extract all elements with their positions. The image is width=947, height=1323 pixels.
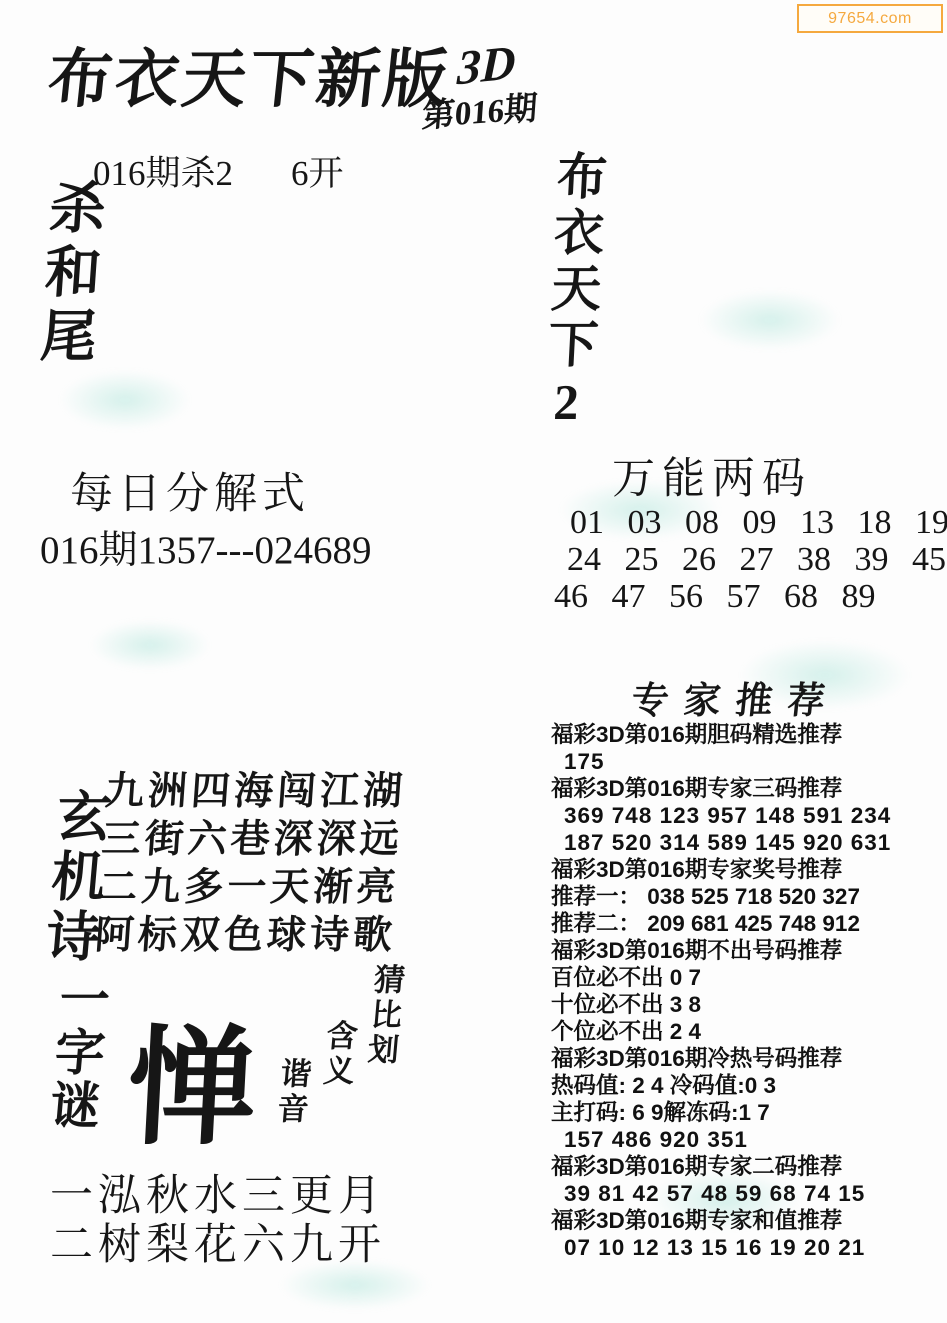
mystery-poem-lines: 九洲四海闯江湖三街六巷深深远二九多一天渐亮阿标双色球诗歌 <box>93 768 407 960</box>
expert-recommend-line: 福彩3D第016期专家奖号推荐 <box>551 856 947 883</box>
kill-open-text: 6开 <box>291 154 344 193</box>
expert-recommend-line: 福彩3D第016期不出号码推荐 <box>551 937 947 964</box>
bottom-poem-line: 二树梨花六九开 <box>50 1221 386 1270</box>
riddle-hints: 猜比划含义谐音 <box>266 963 406 1173</box>
kill-line: 016期杀26开 <box>93 146 344 196</box>
page-title: 布衣天下新版 <box>44 28 456 120</box>
expert-recommend-line: 07 10 12 13 15 16 19 20 21 <box>551 1234 947 1261</box>
expert-recommend-line: 39 81 42 57 48 59 68 74 15 <box>551 1180 947 1207</box>
expert-recommend-line: 福彩3D第016期胆码精选推荐 <box>551 721 947 748</box>
universal-two-codes-heading: 万能两码 <box>612 445 812 506</box>
mystery-poem-line: 二九多一天渐亮 <box>97 864 401 912</box>
expert-recommend-line: 个位必不出 2 4 <box>551 1018 947 1045</box>
expert-recommend-heading: 专家推荐 <box>629 670 843 724</box>
expert-recommend-line: 福彩3D第016期专家三码推荐 <box>551 775 947 802</box>
bottom-poem-line: 一泓秋水三更月 <box>50 1172 386 1221</box>
site-badge: 97654.com <box>797 4 943 33</box>
riddle-hint: 谐音 <box>266 1057 317 1127</box>
expert-recommend-line: 187 520 314 589 145 920 631 <box>551 829 947 856</box>
universal-two-codes-row: 01 03 08 09 13 18 19? <box>570 504 947 541</box>
expert-recommend-line: 175 <box>551 748 947 775</box>
universal-two-codes-row: 24 25 26 27 38 39 45? <box>567 541 947 578</box>
mystery-poem-line: 九洲四海闯江湖 <box>103 768 407 816</box>
mystery-poem-line: 阿标双色球诗歌 <box>93 912 397 960</box>
expert-recommend-line: 十位必不出 3 8 <box>551 991 947 1018</box>
expert-recommend-line: 推荐二： 209 681 425 748 912 <box>551 910 947 937</box>
watermark-stain <box>700 290 840 350</box>
expert-recommend-line: 369 748 123 957 148 591 234 <box>551 802 947 829</box>
riddle-hint: 含义 <box>312 1019 363 1089</box>
riddle-hint: 猜比划 <box>356 963 410 1068</box>
vertical-brand-text: 布衣天下2 <box>529 150 616 436</box>
lottery-tip-sheet: 97654.com 布衣天下新版 3D 第016期 016期杀26开 杀和尾 布… <box>0 0 947 1323</box>
expert-recommend-line: 主打码: 6 9解冻码:1 7 <box>551 1099 947 1126</box>
expert-recommend-line: 热码值: 2 4 冷码值:0 3 <box>551 1072 947 1099</box>
expert-recommend-list: 福彩3D第016期胆码精选推荐175福彩3D第016期专家三码推荐369 748… <box>551 721 947 1261</box>
riddle-character: 惮 <box>123 985 261 1169</box>
expert-recommend-line: 百位必不出 0 7 <box>551 964 947 991</box>
vertical-kill-sum-tail: 杀和尾 <box>21 178 114 370</box>
bottom-poem: 一泓秋水三更月二树梨花六九开 <box>50 1172 386 1270</box>
watermark-stain <box>90 620 210 670</box>
expert-recommend-line: 福彩3D第016期冷热号码推荐 <box>551 1045 947 1072</box>
universal-two-codes-row: 46 47 56 57 68 89 <box>554 578 947 615</box>
universal-two-codes-grid: 01 03 08 09 13 18 19?24 25 26 27 38 39 4… <box>554 504 947 615</box>
expert-recommend-line: 157 486 920 351 <box>551 1126 947 1153</box>
issue-label: 第016期 <box>420 82 539 137</box>
mystery-poem-line: 三街六巷深深远 <box>100 816 404 864</box>
daily-decompose-line: 016期1357---024689 <box>40 519 371 575</box>
one-char-riddle-label: 一字谜 <box>33 973 119 1132</box>
expert-recommend-line: 福彩3D第016期专家二码推荐 <box>551 1153 947 1180</box>
daily-decompose-heading: 每日分解式 <box>70 460 310 521</box>
expert-recommend-line: 推荐一： 038 525 718 520 327 <box>551 883 947 910</box>
expert-recommend-line: 福彩3D第016期专家和值推荐 <box>551 1207 947 1234</box>
watermark-stain <box>60 370 190 430</box>
